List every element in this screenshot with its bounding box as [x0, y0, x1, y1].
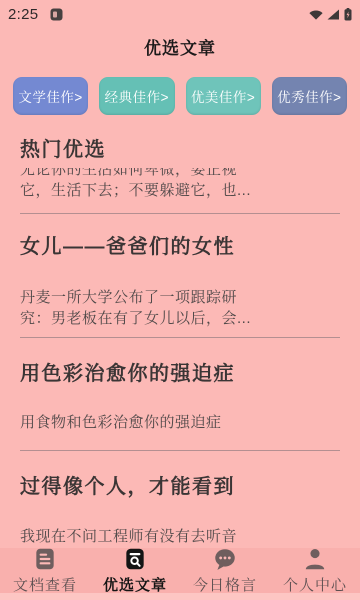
category-literature-button[interactable]: 文学佳作> — [13, 77, 88, 115]
status-time: 2:25 — [8, 6, 38, 23]
nav-label: 今日格言 — [193, 574, 257, 595]
status-bar: 2:25 — [0, 0, 360, 26]
article-title: 过得像个人，才能看到 — [20, 473, 340, 501]
signal-icon — [327, 9, 340, 20]
article-preview: 无论你的生活如何卑微，要正视 它，生活下去；不要躲避它，也... — [20, 168, 340, 201]
article-title: 女儿——爸爸们的女性 — [20, 233, 340, 261]
gesture-bar-area — [0, 593, 360, 600]
status-right-icons — [309, 8, 352, 21]
preview-line: 丹麦一所大学公布了一项跟踪研 — [20, 287, 340, 308]
article-card-live-like-person[interactable]: 过得像个人，才能看到 我现在不问工程师有没有去听音 乐、看展览，而不是问他们：「 — [20, 473, 340, 554]
battery-icon — [344, 8, 352, 21]
page-title: 优选文章 — [0, 34, 360, 59]
article-preview: 丹麦一所大学公布了一项跟踪研 究：男老板在有了女儿以后，会... — [20, 287, 340, 329]
nav-label: 文档查看 — [13, 574, 77, 595]
person-icon — [302, 546, 328, 572]
nav-item-daily-quote[interactable]: 今日格言 — [185, 546, 265, 595]
preview-line: 究：男老板在有了女儿以后，会... — [20, 308, 340, 329]
chat-bubble-icon — [212, 546, 238, 572]
article-list: 热门优选 无论你的生活如何卑微，要正视 它，生活下去；不要躲避它，也... 女儿… — [0, 136, 360, 554]
divider — [20, 213, 340, 214]
notification-icon — [50, 8, 63, 21]
bottom-nav: 文档查看 优选文章 今日格言 个人中心 — [0, 548, 360, 593]
article-preview: 用食物和色彩治愈你的强迫症 — [20, 412, 340, 433]
category-excellent-button[interactable]: 优秀佳作> — [272, 77, 347, 115]
divider — [20, 337, 340, 338]
preview-line: 用食物和色彩治愈你的强迫症 — [20, 412, 340, 433]
article-card-color-ocd[interactable]: 用色彩治愈你的强迫症 用食物和色彩治愈你的强迫症 — [20, 360, 340, 433]
article-card-daughters[interactable]: 女儿——爸爸们的女性 丹麦一所大学公布了一项跟踪研 究：男老板在有了女儿以后，会… — [20, 233, 340, 329]
nav-label: 个人中心 — [283, 574, 347, 595]
nav-item-profile[interactable]: 个人中心 — [275, 546, 355, 595]
document-icon — [32, 546, 58, 572]
preview-line: 无论你的生活如何卑微，要正视 — [20, 168, 340, 180]
nav-label: 优选文章 — [103, 574, 167, 595]
divider — [20, 450, 340, 451]
nav-item-featured-articles[interactable]: 优选文章 — [95, 546, 175, 595]
article-title: 用色彩治愈你的强迫症 — [20, 360, 340, 388]
article-card-hot-picks[interactable]: 热门优选 无论你的生活如何卑微，要正视 它，生活下去；不要躲避它，也... — [20, 136, 340, 201]
category-row: 文学佳作> 经典佳作> 优美佳作> 优秀佳作> — [0, 77, 360, 115]
nav-item-doc-view[interactable]: 文档查看 — [5, 546, 85, 595]
wifi-icon — [309, 9, 323, 20]
preview-line: 我现在不问工程师有没有去听音 — [20, 526, 340, 547]
category-classic-button[interactable]: 经典佳作> — [99, 77, 174, 115]
article-title: 热门优选 — [20, 136, 340, 164]
category-graceful-button[interactable]: 优美佳作> — [186, 77, 261, 115]
preview-line: 它，生活下去；不要躲避它，也... — [20, 180, 340, 201]
article-search-icon — [122, 546, 148, 572]
